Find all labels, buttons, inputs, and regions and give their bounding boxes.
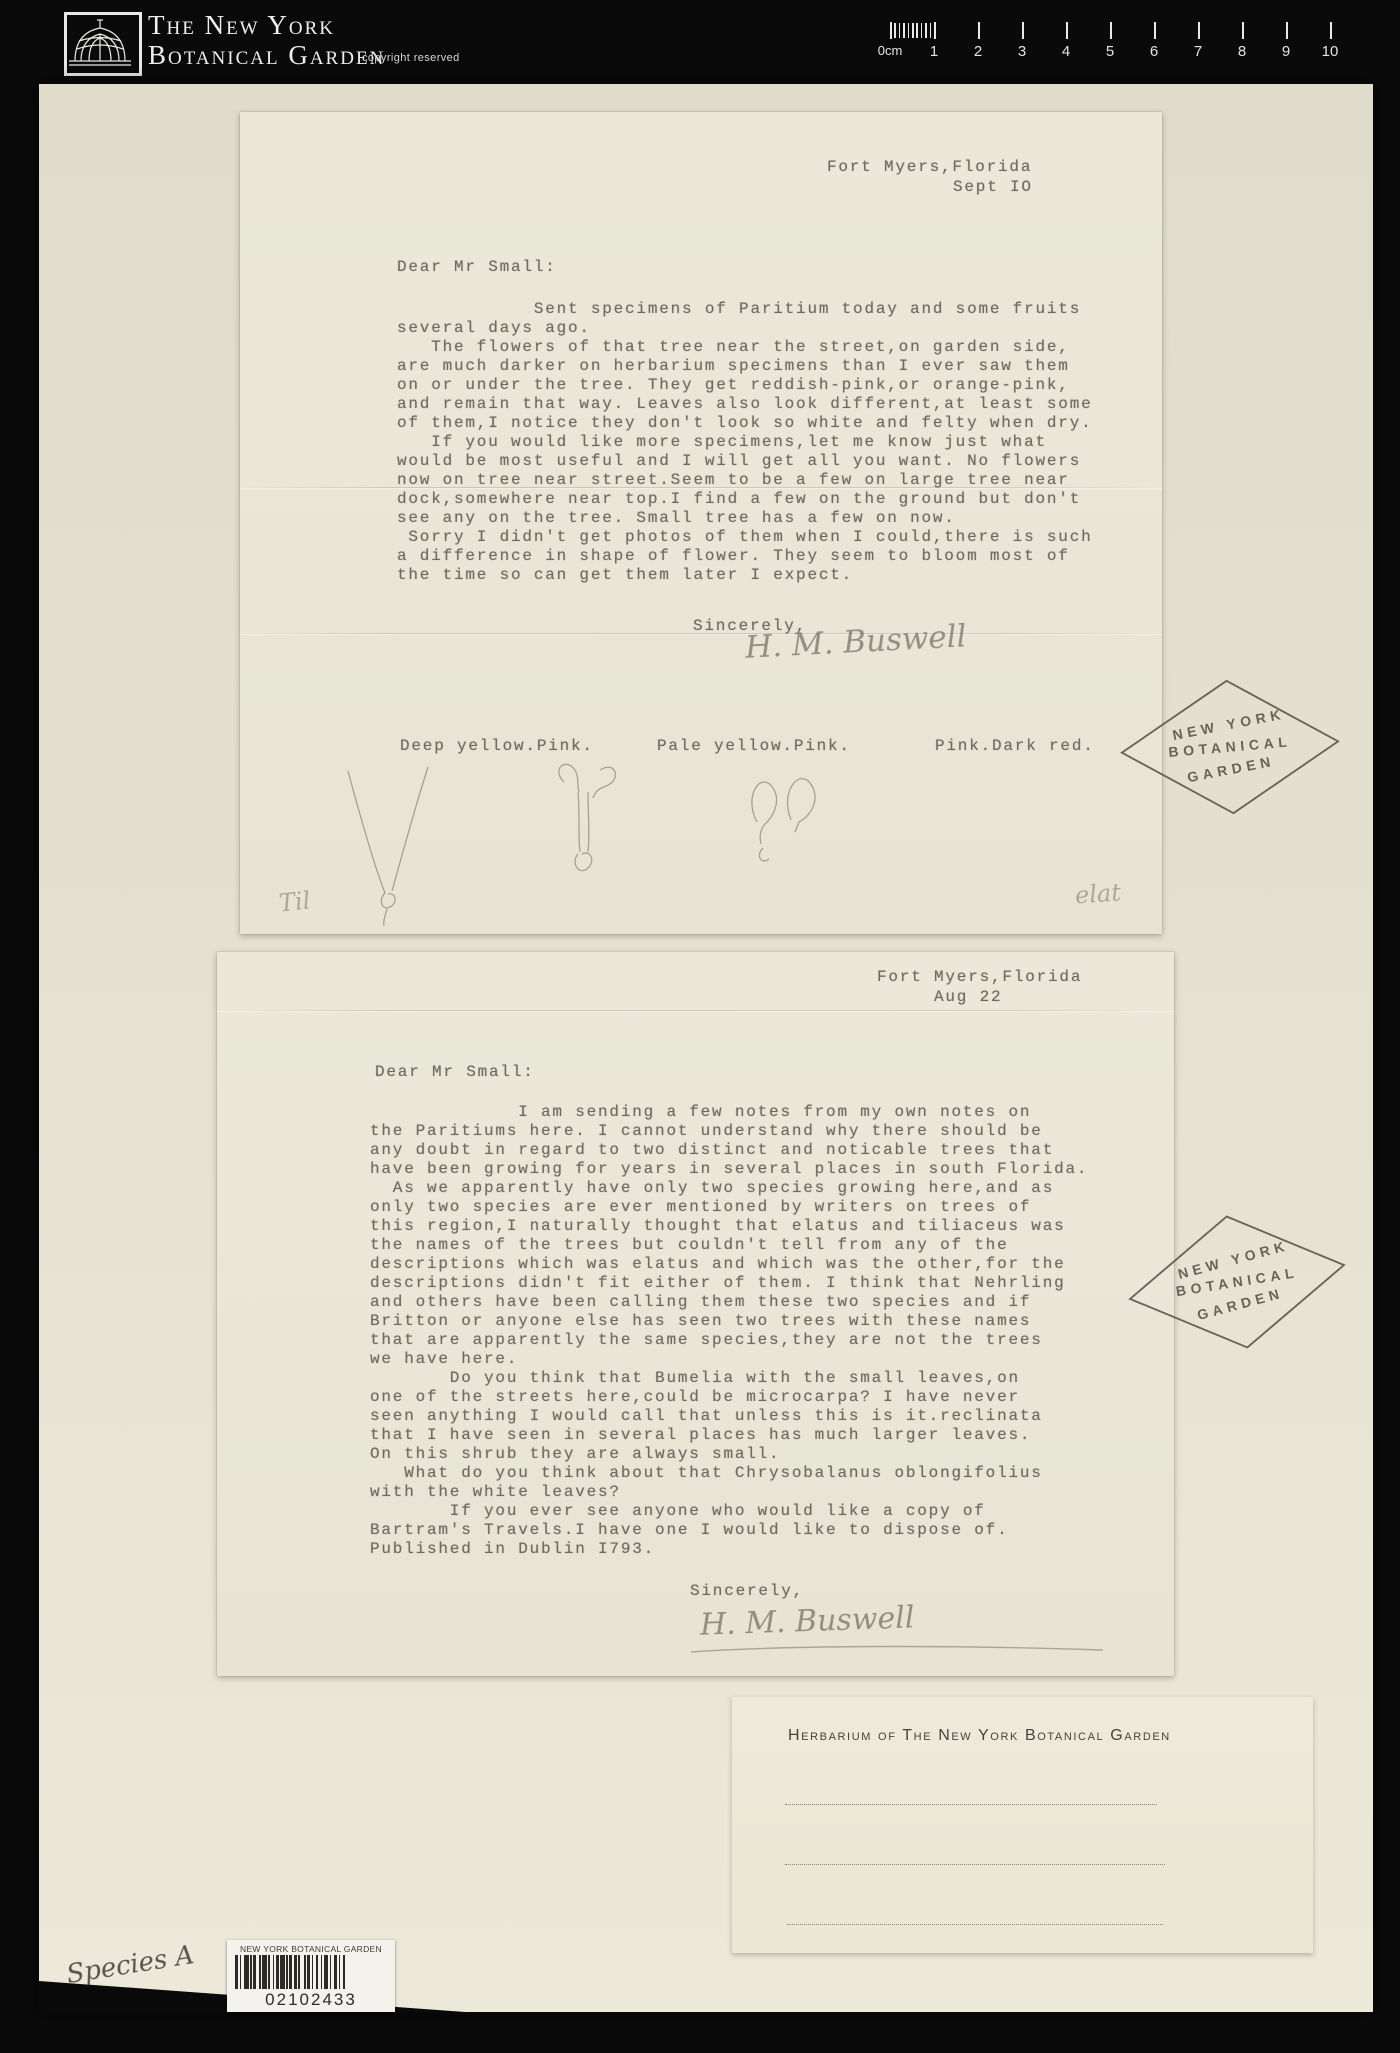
- typed-line: and remain that way. Leaves also look di…: [397, 395, 1093, 414]
- letter1-salutation: Dear Mr Small:: [397, 258, 557, 277]
- barcode-bar: [286, 1955, 288, 1989]
- letter2-signature: H. M. Buswell: [699, 1600, 915, 1642]
- ruler-label: 7: [1194, 43, 1202, 60]
- typed-line: Sorry I didn't get photos of them when I…: [397, 528, 1093, 547]
- typed-line: descriptions didn't fit either of them. …: [370, 1274, 1088, 1293]
- barcode-bar: [339, 1955, 341, 1989]
- ruler-label: 10: [1322, 43, 1339, 60]
- ruler-cm-tick: [1198, 22, 1200, 39]
- typed-line: that are apparently the same species,the…: [370, 1331, 1088, 1350]
- barcode-bar: [268, 1955, 270, 1989]
- typed-line: would be most useful and I will get all …: [397, 452, 1093, 471]
- typed-line: seen anything I would call that unless t…: [370, 1407, 1088, 1426]
- typed-line: several days ago.: [397, 319, 1093, 338]
- color-note-3: Pink.Dark red.: [935, 737, 1095, 756]
- ruler-cm-tick: [1154, 22, 1156, 39]
- barcode-bar: [289, 1955, 292, 1989]
- typed-line: On this shrub they are always small.: [370, 1445, 1088, 1464]
- barcode-bar: [294, 1955, 297, 1989]
- typed-line: descriptions which was elatus and which …: [370, 1255, 1088, 1274]
- letter1-annotation-right: elat: [1074, 878, 1122, 909]
- ruler-mm-tick: [899, 23, 901, 38]
- typed-line: I am sending a few notes from my own not…: [370, 1103, 1088, 1122]
- nybg-logo-box: [64, 12, 142, 76]
- label-blank-line: [787, 1923, 1163, 1925]
- fold-crease: [217, 1010, 1174, 1011]
- ruler-mm-tick: [916, 23, 918, 38]
- barcode-bar: [262, 1955, 267, 1989]
- typed-line: the time so can get them later I expect.: [397, 566, 1093, 585]
- letter1-date: Sept IO: [953, 178, 1033, 197]
- typed-line: Britton or anyone else has seen two tree…: [370, 1312, 1088, 1331]
- typed-line: As we apparently have only two species g…: [370, 1179, 1088, 1198]
- ruler-mm-tick: [903, 23, 905, 38]
- letter2-body: I am sending a few notes from my own not…: [370, 1103, 1088, 1559]
- flower-sketch-3: [735, 760, 830, 875]
- ruler-cm-tick: [934, 22, 936, 39]
- typed-line: now on tree near street.Seem to be a few…: [397, 471, 1093, 490]
- ruler-label: 3: [1018, 43, 1026, 60]
- ruler-cm-tick: [1066, 22, 1068, 39]
- typed-line: Bartram's Travels.I have one I would lik…: [370, 1521, 1088, 1540]
- typed-line: and others have been calling them these …: [370, 1293, 1088, 1312]
- ruler-cm-tick: [1286, 22, 1288, 39]
- typed-line: that I have seen in several places has m…: [370, 1426, 1088, 1445]
- ruler-zero-label: 0cm: [878, 43, 903, 58]
- barcode-bar: [334, 1955, 337, 1989]
- letter-aug22: Fort Myers,Florida Aug 22 Dear Mr Small:…: [217, 952, 1174, 1676]
- letter2-date: Aug 22: [934, 988, 1002, 1007]
- barcode-bar: [321, 1955, 323, 1989]
- typed-line: we have here.: [370, 1350, 1088, 1369]
- letter1-annotation-left: Til: [278, 886, 312, 917]
- barcode-bar: [312, 1955, 314, 1989]
- letter2-closing: Sincerely,: [690, 1582, 804, 1601]
- ruler-label: 8: [1238, 43, 1246, 60]
- letter2-place: Fort Myers,Florida: [877, 968, 1082, 987]
- label-blank-line: [785, 1863, 1165, 1865]
- barcode-bar: [343, 1955, 345, 1989]
- copyright-note: copyright reserved: [362, 52, 460, 64]
- letter1-body: Sent specimens of Paritium today and som…: [397, 300, 1093, 585]
- label-blank-line: [785, 1803, 1157, 1805]
- letter1-place: Fort Myers,Florida: [827, 158, 1032, 177]
- typed-line: dock,somewhere near top.I find a few on …: [397, 490, 1093, 509]
- herbarium-label-title: Herbarium of The New York Botanical Gard…: [788, 1727, 1171, 1745]
- letter2-salutation: Dear Mr Small:: [375, 1063, 535, 1082]
- barcode-bar: [298, 1955, 300, 1989]
- nybg-diamond-stamp-1: NEW YORK BOTANICAL GARDEN: [1114, 671, 1345, 823]
- typed-line: Sent specimens of Paritium today and som…: [397, 300, 1093, 319]
- ruler-mm-tick: [912, 23, 914, 38]
- ruler-cm-tick: [890, 22, 892, 39]
- barcode-bar: [240, 1955, 242, 1989]
- ruler-mm-tick: [921, 23, 923, 38]
- herbarium-label-card: Herbarium of The New York Botanical Gard…: [732, 1697, 1313, 1953]
- ruler-label: 6: [1150, 43, 1158, 60]
- ruler-cm-tick: [978, 22, 980, 39]
- typed-line: this region,I naturally thought that ela…: [370, 1217, 1088, 1236]
- barcode-label: NEW YORK BOTANICAL GARDEN 02102433: [227, 1940, 395, 2012]
- typed-line: the names of the trees but couldn't tell…: [370, 1236, 1088, 1255]
- barcode-bars: [235, 1955, 387, 1989]
- typed-line: with the white leaves?: [370, 1483, 1088, 1502]
- signature-underline: [687, 1642, 1107, 1658]
- flower-sketch-2: [530, 760, 630, 885]
- scanned-specimen-page: The New York Botanical Garden copyright …: [0, 0, 1400, 2053]
- barcode-bar: [316, 1955, 318, 1989]
- ruler-cm-tick: [1330, 22, 1332, 39]
- typed-line: are much darker on herbarium specimens t…: [397, 357, 1093, 376]
- barcode-bar: [259, 1955, 261, 1989]
- ruler-cm-tick: [1242, 22, 1244, 39]
- barcode-number: 02102433: [227, 1990, 395, 2010]
- ruler-mm-tick: [930, 23, 932, 38]
- barcode-bar: [304, 1955, 306, 1989]
- ruler-label: 1: [930, 43, 938, 60]
- ruler-label: 4: [1062, 43, 1070, 60]
- typed-line: have been growing for years in several p…: [370, 1160, 1088, 1179]
- conservatory-dome-icon: [67, 15, 133, 67]
- org-name-line2: Botanical Garden: [148, 40, 385, 70]
- ruler-mm-tick: [925, 23, 927, 38]
- typed-line: on or under the tree. They get reddish-p…: [397, 376, 1093, 395]
- typed-line: The flowers of that tree near the street…: [397, 338, 1093, 357]
- ruler-cm-tick: [1022, 22, 1024, 39]
- typed-line: see any on the tree. Small tree has a fe…: [397, 509, 1093, 528]
- typed-line: If you would like more specimens,let me …: [397, 433, 1093, 452]
- typed-line: of them,I notice they don't look so whit…: [397, 414, 1093, 433]
- barcode-bar: [330, 1955, 332, 1989]
- color-note-1: Deep yellow.Pink.: [400, 737, 594, 756]
- typed-line: any doubt in regard to two distinct and …: [370, 1141, 1088, 1160]
- barcode-bar: [253, 1955, 256, 1989]
- letter-sept10: Fort Myers,Florida Sept IO Dear Mr Small…: [240, 112, 1162, 934]
- color-note-2: Pale yellow.Pink.: [657, 737, 851, 756]
- barcode-org-text: NEW YORK BOTANICAL GARDEN: [227, 1944, 395, 1954]
- typed-line: What do you think about that Chrysobalan…: [370, 1464, 1088, 1483]
- stamp-line3: GARDEN: [1186, 753, 1276, 786]
- barcode-bar: [235, 1955, 238, 1989]
- barcode-bar: [280, 1955, 285, 1989]
- typed-line: If you ever see anyone who would like a …: [370, 1502, 1088, 1521]
- ruler-label: 2: [974, 43, 982, 60]
- typed-line: the Paritiums here. I cannot understand …: [370, 1122, 1088, 1141]
- scale-ruler: 0cm12345678910: [880, 14, 1350, 64]
- typed-line: only two species are ever mentioned by w…: [370, 1198, 1088, 1217]
- barcode-bar: [324, 1955, 329, 1989]
- barcode-bar: [244, 1955, 249, 1989]
- ruler-label: 5: [1106, 43, 1114, 60]
- flower-sketch-1: [340, 765, 440, 930]
- ruler-label: 9: [1282, 43, 1290, 60]
- barcode-bar: [273, 1955, 275, 1989]
- barcode-bar: [307, 1955, 310, 1989]
- ruler-cm-tick: [1110, 22, 1112, 39]
- typed-line: Do you think that Bumelia with the small…: [370, 1369, 1088, 1388]
- barcode-bar: [276, 1955, 279, 1989]
- ruler-mm-tick: [894, 23, 896, 38]
- barcode-bar: [250, 1955, 252, 1989]
- typed-line: one of the streets here,could be microca…: [370, 1388, 1088, 1407]
- typed-line: Published in Dublin I793.: [370, 1540, 1088, 1559]
- ruler-mm-tick: [908, 23, 910, 38]
- typed-line: a difference in shape of flower. They se…: [397, 547, 1093, 566]
- org-name-line1: The New York: [148, 10, 335, 40]
